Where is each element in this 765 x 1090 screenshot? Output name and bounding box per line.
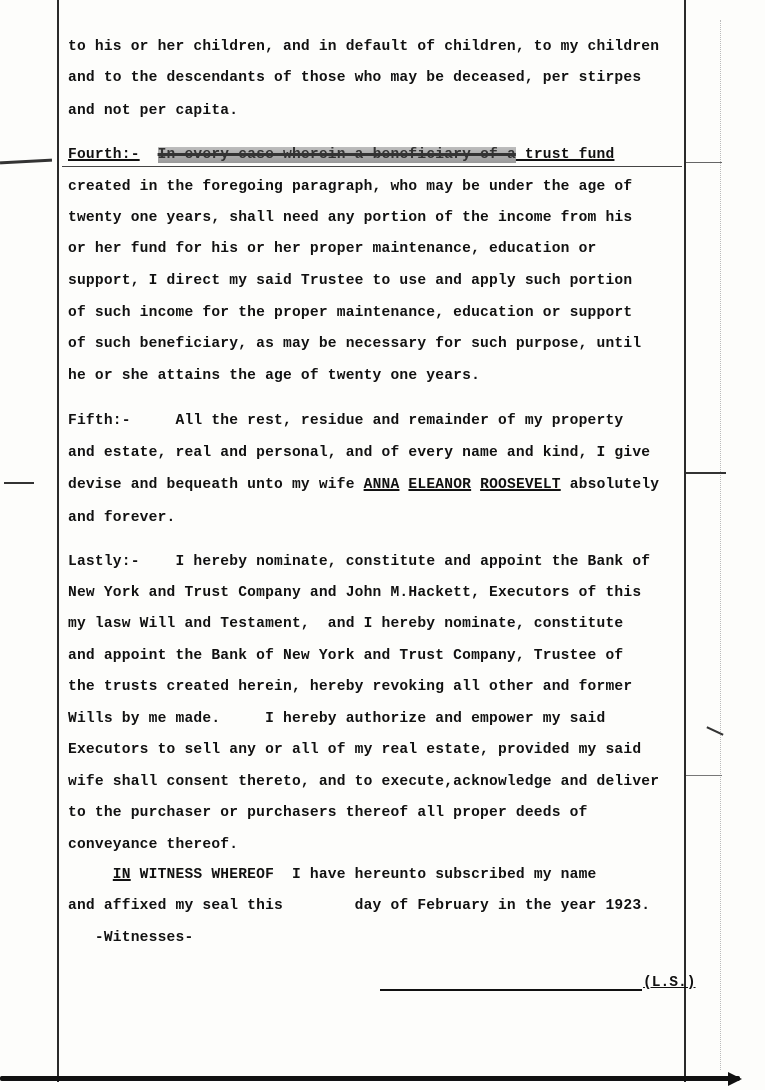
struck-text: In every case wherein a beneficiary of a [158, 147, 516, 163]
text-line: or her fund for his or her proper mainte… [68, 240, 708, 258]
text-line: Wills by me made. I hereby authorize and… [68, 710, 708, 728]
text-line: to the purchaser or purchasers thereof a… [68, 804, 708, 822]
text-line: support, I direct my said Trustee to use… [68, 272, 708, 290]
fifth-text: All the rest, residue and remainder of m… [131, 413, 624, 429]
text-line: of such income for the proper maintenanc… [68, 304, 708, 322]
spacer [140, 147, 158, 163]
fourth-clause-rule [62, 166, 682, 167]
text-line: of such beneficiary, as may be necessary… [68, 335, 708, 353]
text-line: to his or her children, and in default o… [68, 38, 708, 56]
seal-label: (L.S.) [643, 975, 696, 991]
left-margin-rule [57, 0, 59, 1082]
bottom-rule-arrow-icon [728, 1072, 742, 1086]
witnesses-heading: -Witnesses- [68, 929, 708, 947]
bequest-line: devise and bequeath unto my wife ANNA EL… [68, 476, 708, 494]
fifth-clause-heading-line: Fifth:- All the rest, residue and remain… [68, 412, 708, 430]
document-page: to his or her children, and in default o… [0, 0, 765, 1090]
ink-mark [4, 482, 34, 484]
fourth-clause-heading-line: Fourth:- In every case wherein a benefic… [68, 146, 708, 164]
text-line: and estate, real and personal, and of ev… [68, 444, 708, 462]
beneficiary-middle-name: ELEANOR [408, 477, 471, 493]
witness-rest: WITNESS WHEREOF I have hereunto subscrib… [131, 867, 597, 883]
text-line: and forever. [68, 509, 708, 527]
text-line: my lasw Will and Testament, and I hereby… [68, 615, 708, 633]
text-line: he or she attains the age of twenty one … [68, 367, 708, 385]
ink-mark [686, 472, 726, 474]
text-line: wife shall consent thereto, and to execu… [68, 773, 708, 791]
fifth-label: Fifth:- [68, 413, 131, 429]
text-line: Executors to sell any or all of my real … [68, 741, 708, 759]
text-line: and appoint the Bank of New York and Tru… [68, 647, 708, 665]
text-line: and to the descendants of those who may … [68, 69, 708, 87]
text-line: twenty one years, shall need any portion… [68, 209, 708, 227]
bequest-prefix: devise and bequeath unto my wife [68, 477, 364, 493]
witness-in: IN [113, 867, 131, 883]
ink-mark [0, 159, 52, 165]
witness-indent [68, 867, 113, 883]
lastly-clause-heading-line: Lastly:- I hereby nominate, constitute a… [68, 553, 708, 571]
signature-line [380, 989, 642, 991]
scan-edge-artifact [720, 20, 722, 1070]
bequest-suffix: absolutely [561, 477, 660, 493]
text-line: and affixed my seal this day of February… [68, 897, 708, 915]
text-line: and not per capita. [68, 102, 708, 120]
text-line: conveyance thereof. [68, 836, 708, 854]
text-line: created in the foregoing paragraph, who … [68, 178, 708, 196]
fourth-rest: trust fund [516, 147, 615, 163]
witness-clause-line: IN WITNESS WHEREOF I have hereunto subsc… [68, 866, 708, 884]
text-line: New York and Trust Company and John M.Ha… [68, 584, 708, 602]
beneficiary-first-name: ANNA [364, 477, 400, 493]
spacer [471, 477, 480, 493]
lastly-text: I hereby nominate, constitute and appoin… [140, 554, 651, 570]
lastly-label: Lastly:- [68, 554, 140, 570]
text-line: the trusts created herein, hereby revoki… [68, 678, 708, 696]
bottom-margin-rule [0, 1076, 740, 1081]
beneficiary-last-name: ROOSEVELT [480, 477, 561, 493]
fourth-label: Fourth:- [68, 147, 140, 163]
